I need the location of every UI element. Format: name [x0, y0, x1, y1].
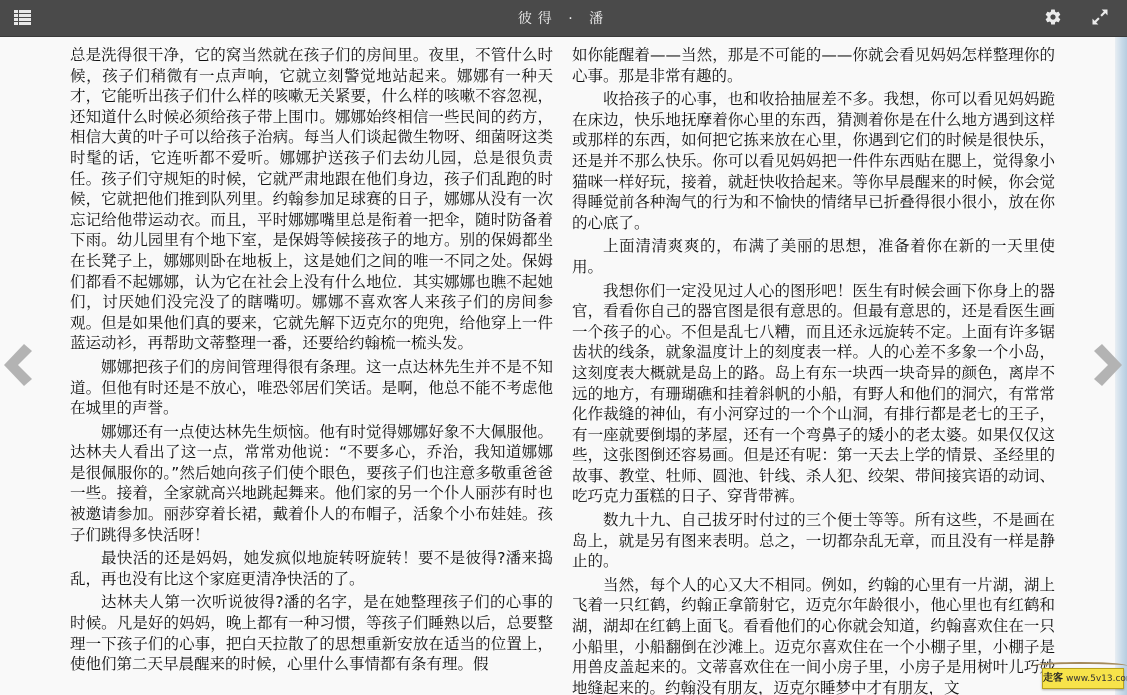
- paragraph: 总是洗得很干净，它的窝当然就在孩子们的房间里。夜里，不管什么时候，孩子们稍微有一…: [70, 45, 553, 354]
- reader-toolbar: 彼得 · 潘: [0, 0, 1127, 37]
- paragraph: 我想你们一定没见过人心的图形吧！医生有时候会画下你身上的器官，看看你自己的器官图…: [572, 281, 1055, 508]
- site-watermark: 走客www.5v13.com: [1038, 662, 1124, 690]
- paragraph: 娜娜把孩子们的房间管理得很有条理。这一点达林先生并不是不知道。但他有时还是不放心…: [70, 357, 553, 419]
- book-title: 彼得 · 潘: [0, 0, 1127, 36]
- paragraph: 达林夫人第一次听说彼得?潘的名字，是在她整理孩子们的心事的时候。凡是好的妈妈，晚…: [70, 592, 553, 674]
- paragraph: 最快活的还是妈妈，她发疯似地旋转呀旋转！要不是彼得?潘来捣乱，再也没有比这个家庭…: [70, 548, 553, 589]
- paragraph: 当然，每个人的心又大不相同。例如，约翰的心里有一片湖，湖上飞着一只红鹤，约翰正拿…: [572, 575, 1055, 695]
- text-column-left: 总是洗得很干净，它的窝当然就在孩子们的房间里。夜里，不管什么时候，孩子们稍微有一…: [70, 45, 553, 678]
- expand-arrows-icon[interactable]: [1090, 7, 1110, 27]
- chevron-right-icon[interactable]: [1090, 340, 1124, 390]
- paragraph: 娜娜还有一点使达林先生烦恼。他有时觉得娜娜好象不大佩服他。达林夫人看出了这一点，…: [70, 422, 553, 546]
- watermark-tag: 走客www.5v13.com: [1042, 668, 1124, 689]
- paragraph: 数九十九、自己拔牙时付过的三个便士等等。所有这些，不是画在岛上，就是另有图来表明…: [572, 510, 1055, 572]
- paragraph: 上面清清爽爽的，布满了美丽的思想，准备着你在新的一天里使用。: [572, 236, 1055, 277]
- watermark-brand: 走客: [1043, 673, 1063, 684]
- watermark-url: www.5v13.com: [1066, 674, 1127, 684]
- paragraph: 收拾孩子的心事，也和收拾抽屉差不多。我想，你可以看见妈妈跪在床边，快乐地抚摩着你…: [572, 89, 1055, 233]
- chevron-left-icon[interactable]: [2, 340, 36, 390]
- gear-icon[interactable]: [1044, 8, 1062, 26]
- text-column-right: 如你能醒着——当然，那是不可能的——你就会看见妈妈怎样整理你的心事。那是非常有趣…: [572, 45, 1055, 695]
- paragraph: 如你能醒着——当然，那是不可能的——你就会看见妈妈怎样整理你的心事。那是非常有趣…: [572, 45, 1055, 86]
